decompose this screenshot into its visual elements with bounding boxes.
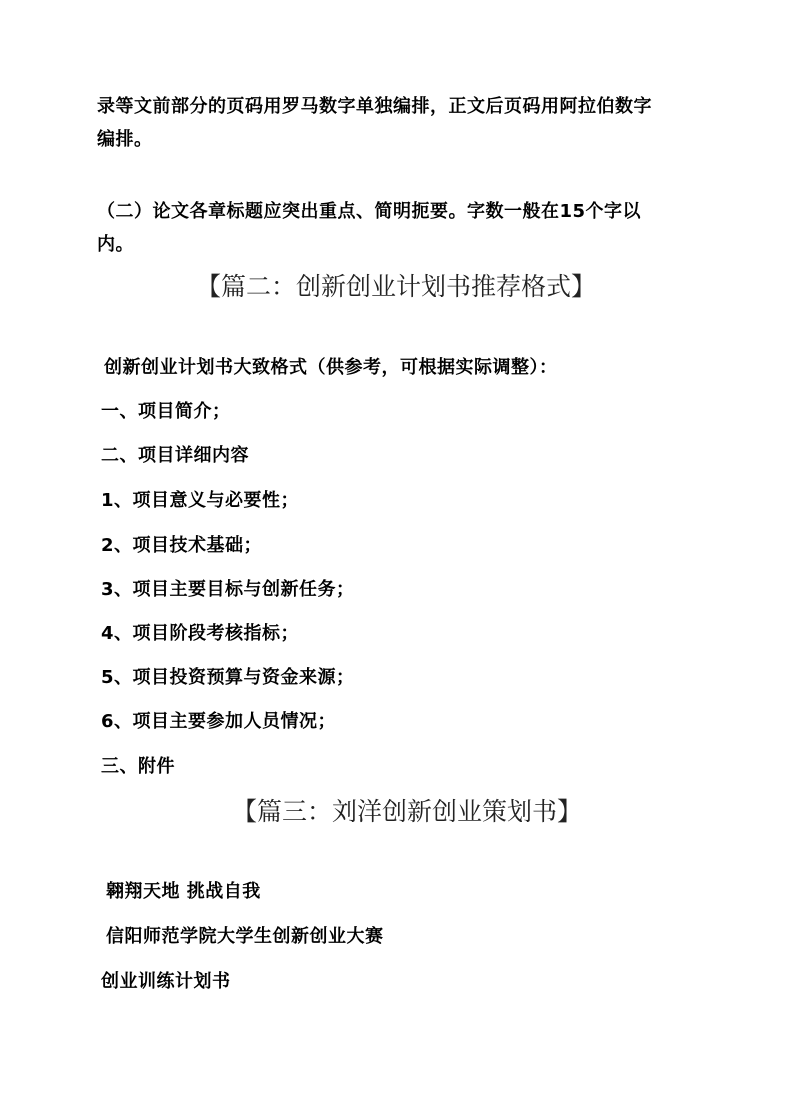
list-item: 二、项目详细内容 bbox=[101, 444, 249, 468]
document-line: 信阳师范学院大学生创新创业大赛 bbox=[106, 925, 384, 949]
paragraph-line: 录等文前部分的页码用罗马数字单独编排，正文后页码用阿拉伯数字 bbox=[97, 95, 652, 119]
section-heading-3: 【篇三：刘洋创新创业策划书】 bbox=[232, 796, 582, 828]
section-heading-2: 【篇二：创新创业计划书推荐格式】 bbox=[196, 271, 596, 303]
document-line: 创业训练计划书 bbox=[101, 970, 231, 994]
list-item: 5、项目投资预算与资金来源； bbox=[101, 666, 355, 690]
list-item: 4、项目阶段考核指标； bbox=[101, 622, 299, 646]
paragraph-line: 编排。 bbox=[97, 128, 153, 152]
list-item: 2、项目技术基础； bbox=[101, 534, 262, 558]
paragraph-line: （二）论文各章标题应突出重点、简明扼要。字数一般在15个字以 bbox=[97, 200, 641, 224]
list-item: 3、项目主要目标与创新任务； bbox=[101, 578, 355, 602]
list-item: 三、附件 bbox=[101, 755, 175, 779]
list-item: 1、项目意义与必要性； bbox=[101, 489, 299, 513]
list-item: 6、项目主要参加人员情况； bbox=[101, 710, 336, 734]
paragraph-line: 内。 bbox=[97, 233, 134, 257]
section-intro: 创新创业计划书大致格式（供参考，可根据实际调整）： bbox=[104, 356, 558, 380]
document-line: 翱翔天地 挑战自我 bbox=[106, 880, 261, 904]
list-item: 一、项目简介； bbox=[101, 400, 231, 424]
